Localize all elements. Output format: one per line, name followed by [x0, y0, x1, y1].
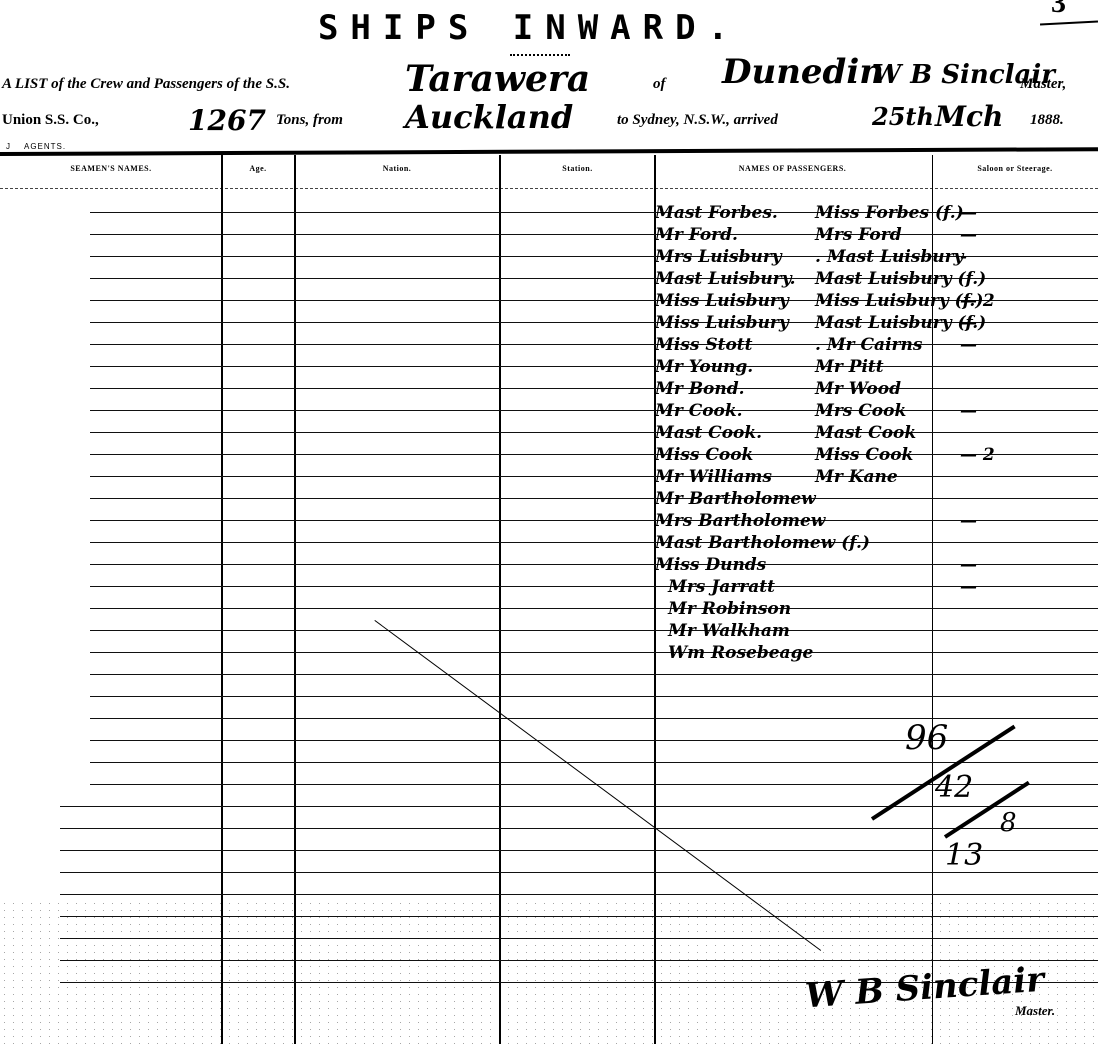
- ruled-line: [60, 828, 1098, 829]
- passenger-name: . Mast Luisbury: [815, 247, 963, 267]
- passenger-name: Mrs Cook: [815, 401, 906, 421]
- passenger-name: Mr Pitt: [815, 357, 884, 377]
- passenger-name: Miss Luisbury: [655, 291, 789, 311]
- passenger-name: Mast Cook.: [655, 423, 762, 443]
- ruled-line: [90, 234, 1098, 235]
- tick-mark: —: [960, 203, 977, 223]
- tick-mark: — 2: [960, 291, 995, 311]
- ruled-line: [90, 410, 1098, 411]
- ruled-line: [90, 344, 1098, 345]
- passenger-name: Mr Kane: [815, 467, 898, 487]
- passenger-name: Wm Rosebeage: [668, 643, 813, 663]
- ruled-line: [60, 894, 1098, 895]
- passenger-name: Miss Luisbury (f.): [815, 291, 983, 311]
- arrival-year: 1888.: [1030, 112, 1064, 129]
- passenger-name: Mr Cook.: [655, 401, 743, 421]
- ruled-line: [90, 762, 1098, 763]
- tick-mark: —: [960, 577, 977, 597]
- tick-mark: —: [960, 511, 977, 531]
- master-label: Master,: [1020, 76, 1066, 93]
- of-label: of: [653, 76, 666, 93]
- arrival-month: Mch: [935, 100, 1003, 133]
- list-intro-label: A LIST of the Crew and Passengers of the…: [2, 76, 290, 93]
- tick-mark: —: [960, 225, 977, 245]
- agents-label: AGENTS.: [24, 142, 66, 151]
- header-divider: [0, 147, 1098, 156]
- destination-label: to Sydney, N.S.W., arrived: [617, 112, 778, 129]
- ruled-line: [90, 674, 1098, 675]
- tally-third: 13: [945, 838, 983, 873]
- title-ornament: [510, 54, 570, 56]
- ruled-line: [90, 498, 1098, 499]
- origin-port: Auckland: [405, 98, 573, 136]
- passenger-name: Mr Ford.: [655, 225, 738, 245]
- passenger-name: Miss Forbes (f.): [815, 203, 964, 223]
- passenger-name: Miss Cook: [655, 445, 753, 465]
- column-station: Station.: [500, 164, 655, 173]
- tick-mark: — 2: [960, 445, 995, 465]
- passenger-name: Miss Luisbury: [655, 313, 789, 333]
- passenger-name: Mrs Luisbury: [655, 247, 782, 267]
- ruled-line: [90, 652, 1098, 653]
- ruled-line: [60, 806, 1098, 807]
- passenger-name: Mast Luisbury (f.): [815, 269, 986, 289]
- passenger-name: Miss Stott: [655, 335, 753, 355]
- ruled-line: [90, 366, 1098, 367]
- tick-mark: —: [960, 555, 977, 575]
- passenger-name: Miss Dunds: [655, 555, 766, 575]
- passenger-name: Mr Walkham: [668, 621, 790, 641]
- passenger-name: Mr Bond.: [655, 379, 745, 399]
- document-title: SHIPS INWARD.: [0, 8, 1078, 48]
- signature-label: Master.: [1015, 1003, 1055, 1019]
- tick-mark: -: [960, 247, 967, 267]
- tally-total: 96: [905, 718, 948, 758]
- ruled-line: [60, 872, 1098, 873]
- column-saloon-steerage: Saloon or Steerage.: [932, 164, 1098, 173]
- ruled-line: [90, 630, 1098, 631]
- ruled-line: [90, 476, 1098, 477]
- tonnage: 1267: [188, 104, 266, 137]
- tally-second: 8: [1000, 808, 1017, 838]
- column-seamens-names: SEAMEN'S NAMES.: [0, 164, 222, 173]
- ruled-line: [90, 520, 1098, 521]
- passenger-name: Mrs Bartholomew: [655, 511, 825, 531]
- tick-mark: —: [960, 313, 977, 333]
- ruled-line: [90, 564, 1098, 565]
- passenger-name: Mast Cook: [815, 423, 916, 443]
- tick-mark: —: [960, 335, 977, 355]
- ruled-line: [90, 586, 1098, 587]
- passenger-name: Mr Young.: [655, 357, 753, 377]
- ship-name: Tarawera: [405, 58, 590, 100]
- passenger-name: Mr Robinson: [668, 599, 791, 619]
- ruled-line: [60, 850, 1098, 851]
- passenger-name: Mast Forbes.: [655, 203, 778, 223]
- ruled-line: [90, 388, 1098, 389]
- passenger-name: Mr Williams: [655, 467, 772, 487]
- ruled-line: [90, 542, 1098, 543]
- passenger-name: Mast Luisbury.: [655, 269, 796, 289]
- ruled-line: [90, 608, 1098, 609]
- column-passenger-names: NAMES OF PASSENGERS.: [655, 164, 930, 173]
- passenger-name: Mr Bartholomew: [655, 489, 816, 509]
- tick-mark: —: [960, 401, 977, 421]
- arrival-day: 25th: [872, 102, 934, 131]
- column-age: Age.: [222, 164, 294, 173]
- passenger-name: Mrs Jarratt: [668, 577, 775, 597]
- ruled-line: [90, 454, 1098, 455]
- tally-first: 42: [935, 770, 973, 805]
- ruled-line: [90, 432, 1098, 433]
- agent-prefix: J: [6, 142, 11, 151]
- heading-underline: [0, 188, 1098, 189]
- column-nation: Nation.: [294, 164, 500, 173]
- passenger-name: Mr Wood: [815, 379, 901, 399]
- port-of-registry: Dunedin: [722, 52, 884, 92]
- passenger-name: . Mr Cairns: [815, 335, 922, 355]
- agent-name: Union S.S. Co.,: [2, 112, 99, 129]
- ruled-line: [90, 696, 1098, 697]
- tons-from-label: Tons, from: [276, 112, 343, 129]
- passenger-name: Mast Bartholomew (f.): [655, 533, 870, 553]
- passenger-name: Mrs Ford: [815, 225, 902, 245]
- passenger-name: Miss Cook: [815, 445, 913, 465]
